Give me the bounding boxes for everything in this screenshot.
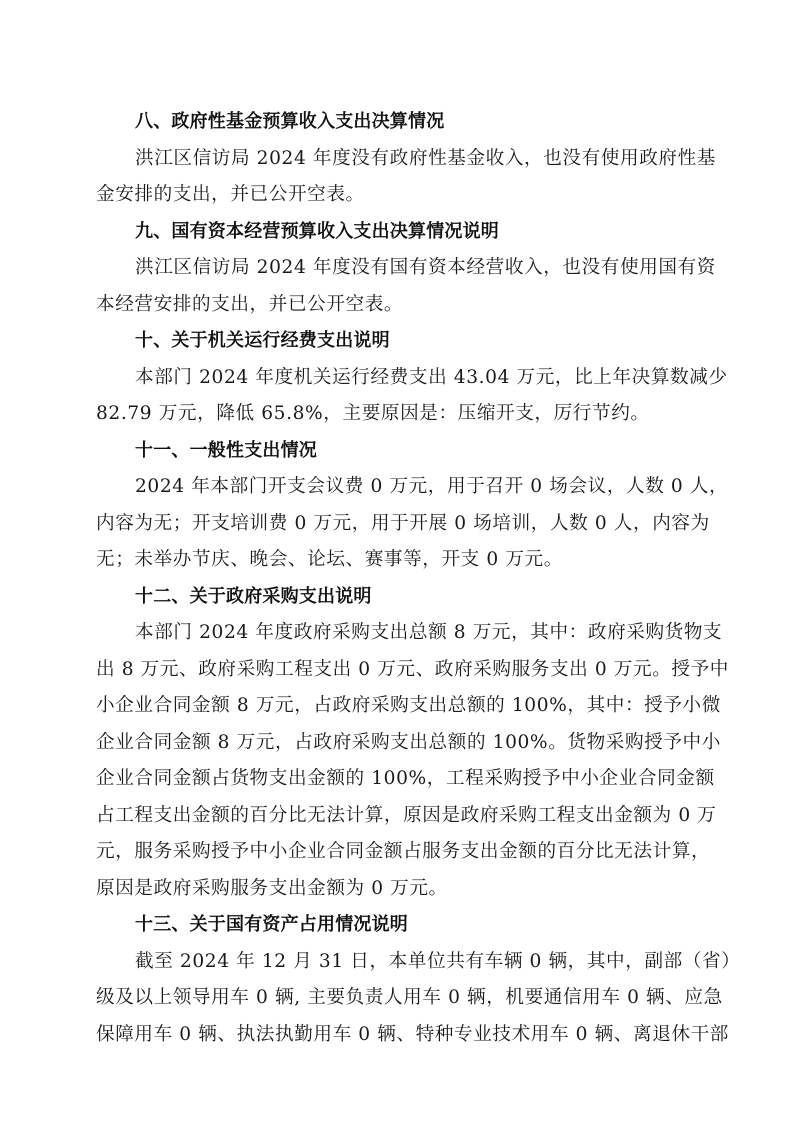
section-heading: 十三、关于国有资产占用情况说明 bbox=[96, 907, 698, 944]
text-line: 无；未举办节庆、晚会、论坛、赛事等，开支 0 万元。 bbox=[96, 542, 698, 579]
section-heading: 九、国有资本经营预算收入支出决算情况说明 bbox=[96, 214, 698, 251]
text-line: 本部门 2024 年度机关运行经费支出 43.04 万元，比上年决算数减少 bbox=[96, 360, 698, 397]
section-body: 2024 年本部门开支会议费 0 万元，用于召开 0 场会议，人数 0 人， 内… bbox=[96, 469, 698, 579]
section-government-procurement: 十二、关于政府采购支出说明 本部门 2024 年度政府采购支出总额 8 万元，其… bbox=[96, 579, 698, 908]
text-line: 2024 年本部门开支会议费 0 万元，用于召开 0 场会议，人数 0 人， bbox=[96, 469, 698, 506]
text-line: 占工程支出金额的百分比无法计算，原因是政府采购工程支出金额为 0 万 bbox=[96, 798, 698, 835]
section-operating-expenses: 十、关于机关运行经费支出说明 本部门 2024 年度机关运行经费支出 43.04… bbox=[96, 323, 698, 433]
text-line: 内容为无；开支培训费 0 万元，用于开展 0 场培训，人数 0 人，内容为 bbox=[96, 506, 698, 543]
text-line: 保障用车 0 辆、执法执勤用车 0 辆、特种专业技术用车 0 辆、离退休干部 bbox=[96, 1017, 698, 1054]
text-line: 本经营安排的支出，并已公开空表。 bbox=[96, 287, 698, 324]
section-government-fund-budget: 八、政府性基金预算收入支出决算情况 洪江区信访局 2024 年度没有政府性基金收… bbox=[96, 104, 698, 214]
section-body: 洪江区信访局 2024 年度没有政府性基金收入，也没有使用政府性基 金安排的支出… bbox=[96, 141, 698, 214]
text-line: 级及以上领导用车 0 辆, 主要负责人用车 0 辆，机要通信用车 0 辆、应急 bbox=[96, 980, 698, 1017]
section-state-capital-budget: 九、国有资本经营预算收入支出决算情况说明 洪江区信访局 2024 年度没有国有资… bbox=[96, 214, 698, 324]
section-body: 本部门 2024 年度政府采购支出总额 8 万元，其中：政府采购货物支 出 8 … bbox=[96, 615, 698, 907]
section-state-assets: 十三、关于国有资产占用情况说明 截至 2024 年 12 月 31 日，本单位共… bbox=[96, 907, 698, 1053]
text-line: 截至 2024 年 12 月 31 日，本单位共有车辆 0 辆，其中，副部（省） bbox=[96, 944, 698, 981]
text-line: 本部门 2024 年度政府采购支出总额 8 万元，其中：政府采购货物支 bbox=[96, 615, 698, 652]
text-line: 小企业合同金额 8 万元，占政府采购支出总额的 100%，其中：授予小微 bbox=[96, 688, 698, 725]
text-line: 洪江区信访局 2024 年度没有政府性基金收入，也没有使用政府性基 bbox=[96, 141, 698, 178]
section-general-expenses: 十一、一般性支出情况 2024 年本部门开支会议费 0 万元，用于召开 0 场会… bbox=[96, 433, 698, 579]
text-line: 金安排的支出，并已公开空表。 bbox=[96, 177, 698, 214]
section-body: 洪江区信访局 2024 年度没有国有资本经营收入，也没有使用国有资 本经营安排的… bbox=[96, 250, 698, 323]
text-line: 82.79 万元，降低 65.8%，主要原因是：压缩开支，厉行节约。 bbox=[96, 396, 698, 433]
section-body: 截至 2024 年 12 月 31 日，本单位共有车辆 0 辆，其中，副部（省）… bbox=[96, 944, 698, 1054]
text-line: 出 8 万元、政府采购工程支出 0 万元、政府采购服务支出 0 万元。授予中 bbox=[96, 652, 698, 689]
section-heading: 八、政府性基金预算收入支出决算情况 bbox=[96, 104, 698, 141]
section-heading: 十、关于机关运行经费支出说明 bbox=[96, 323, 698, 360]
text-line: 原因是政府采购服务支出金额为 0 万元。 bbox=[96, 871, 698, 908]
section-heading: 十二、关于政府采购支出说明 bbox=[96, 579, 698, 616]
section-body: 本部门 2024 年度机关运行经费支出 43.04 万元，比上年决算数减少 82… bbox=[96, 360, 698, 433]
text-line: 元，服务采购授予中小企业合同金额占服务支出金额的百分比无法计算， bbox=[96, 834, 698, 871]
text-line: 企业合同金额 8 万元，占政府采购支出总额的 100%。货物采购授予中小 bbox=[96, 725, 698, 762]
text-line: 企业合同金额占货物支出金额的 100%，工程采购授予中小企业合同金额 bbox=[96, 761, 698, 798]
text-line: 洪江区信访局 2024 年度没有国有资本经营收入，也没有使用国有资 bbox=[96, 250, 698, 287]
document-page: 八、政府性基金预算收入支出决算情况 洪江区信访局 2024 年度没有政府性基金收… bbox=[96, 104, 698, 1053]
section-heading: 十一、一般性支出情况 bbox=[96, 433, 698, 470]
